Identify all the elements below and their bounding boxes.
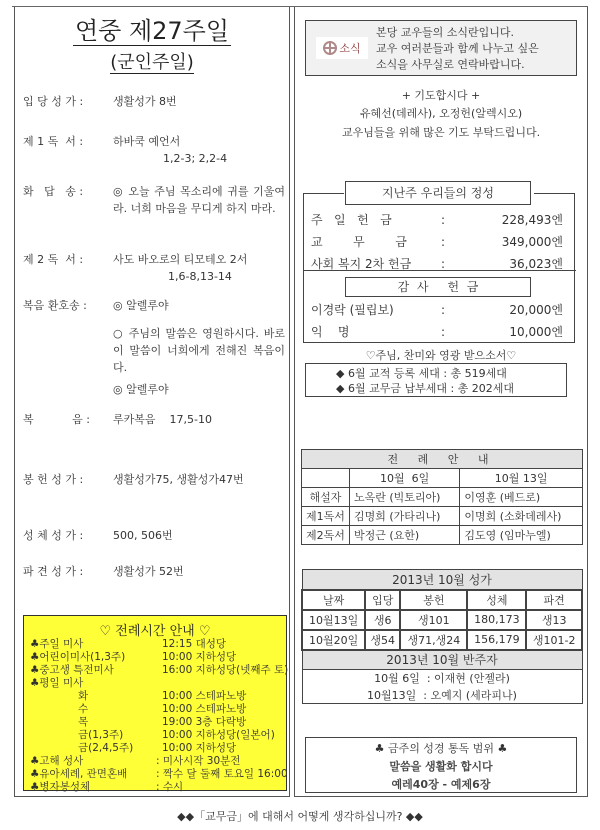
first-reading-label: 제 1 독 서 : bbox=[23, 133, 113, 150]
entrance-hymn-label: 입 당 성 가 : bbox=[23, 93, 113, 110]
prayer-request: 교우님들을 위해 많은 기도 부탁드립니다. bbox=[295, 124, 587, 141]
news-icon: 소식 bbox=[316, 37, 368, 59]
hymns-cell: 생101 bbox=[400, 610, 467, 630]
offertory-hymn-label: 봉 헌 성 가 : bbox=[23, 471, 113, 488]
liturgy-cell: 김도영 (임마누엘) bbox=[460, 526, 583, 545]
hymns-header: 파견 bbox=[526, 590, 582, 610]
left-column: 연중 제27주일 (군인주일) 입 당 성 가 : 생활성가 8번 제 1 독 … bbox=[14, 7, 290, 797]
liturgy-date: 10월 13일 bbox=[460, 469, 583, 488]
liturgy-cell: 김명희 (가타리나) bbox=[350, 507, 460, 526]
offertory-hymn-value: 생활성가75, 생활성가47번 bbox=[113, 471, 285, 488]
mass-times-title: ♡ 전례시간 안내 ♡ bbox=[24, 620, 286, 639]
first-reading-value: 하바쿡 예언서 1,2-3; 2,2-4 bbox=[113, 133, 285, 167]
footer-question: ◆◆「교무금」에 대해서 어떻게 생각하십니까? ◆◆ bbox=[0, 808, 600, 824]
organist-title: 2013년 10월 반주자 bbox=[302, 650, 582, 670]
communion-hymn-label: 성 체 성 가 : bbox=[23, 527, 113, 544]
second-reading-label: 제 2 독 서 : bbox=[23, 251, 113, 268]
bible-reading-box: ♣ 금주의 성경 통독 범위 ♣ 말씀을 생활화 합시다 예레40장 - 예제6… bbox=[305, 737, 577, 793]
liturgy-table: 전 례 안 내 10월 6일 10월 13일 해설자 노옥란 (빅토리아) 이영… bbox=[301, 449, 583, 545]
blessing-text: ♡주님, 찬미와 영광 받으소서♡ bbox=[295, 347, 587, 363]
first-reading: 제 1 독 서 : 하바쿡 예언서 1,2-3; 2,2-4 bbox=[23, 133, 285, 167]
news-box: 소식 본당 교우들의 소식란입니다. 교우 여러분들과 함께 나누고 싶은 소식… bbox=[305, 20, 577, 76]
second-reading-value: 사도 바오로의 티모테오 2서 1,6-8,13-14 bbox=[113, 251, 285, 285]
prayer-names: 유혜선(데레사), 오정헌(알렉시오) bbox=[295, 105, 587, 122]
right-column: 소식 본당 교우들의 소식란입니다. 교우 여러분들과 함께 나누고 싶은 소식… bbox=[294, 7, 588, 797]
liturgy-date: 10월 6일 bbox=[350, 469, 460, 488]
organist-row: 10월 6일 : 이재현 (안젤라) bbox=[302, 670, 582, 687]
liturgy-role: 제2독서 bbox=[302, 526, 350, 545]
hymns-cell: 생13 bbox=[526, 610, 582, 630]
bible-reading-slogan: 말씀을 생활화 합시다 bbox=[306, 758, 576, 776]
mass-times-box: ♡ 전례시간 안내 ♡ ♣주일 미사12:15 대성당 ♣어린이미사(1,3주)… bbox=[23, 615, 287, 791]
recessional-hymn-value: 생활성가 52번 bbox=[113, 563, 285, 580]
hymns-header: 입당 bbox=[365, 590, 400, 610]
offerings-title: 지난주 우리들의 정성 bbox=[345, 181, 531, 205]
census-line: ◆ 6월 교무금 납부세대 : 총 202세대 bbox=[336, 381, 566, 396]
liturgy-role: 제1독서 bbox=[302, 507, 350, 526]
liturgy-title: 전 례 안 내 bbox=[302, 450, 583, 469]
liturgy-cell: 이영훈 (베드로) bbox=[460, 488, 583, 507]
communion-hymn-value: 500, 506번 bbox=[113, 527, 285, 544]
news-text: 본당 교우들의 소식란입니다. 교우 여러분들과 함께 나누고 싶은 소식을 사… bbox=[376, 25, 576, 73]
hymns-cell: 생54 bbox=[365, 630, 400, 650]
cross-icon bbox=[323, 41, 337, 55]
gospel-acclamation-value: ◎ 알렐루야 bbox=[113, 297, 285, 314]
hymns-header: 봉헌 bbox=[400, 590, 467, 610]
recessional-hymn-label: 파 견 성 가 : bbox=[23, 563, 113, 580]
thanks-offering-title: 감 사 헌 금 bbox=[345, 277, 531, 297]
hymns-cell: 10월13일 bbox=[302, 610, 365, 630]
hymns-cell: 생6 bbox=[365, 610, 400, 630]
first-reading-ref: 1,2-3; 2,2-4 bbox=[113, 150, 285, 167]
second-reading-ref: 1,6-8,13-14 bbox=[113, 268, 285, 285]
gospel-label: 복 음 : bbox=[23, 411, 113, 428]
hymns-cell: 10월20일 bbox=[302, 630, 365, 650]
liturgy-cell: 박정근 (요한) bbox=[350, 526, 460, 545]
hymns-cell: 생101-2 bbox=[526, 630, 582, 650]
liturgy-role: 해설자 bbox=[302, 488, 350, 507]
liturgy-cell: 노옥란 (빅토리아) bbox=[350, 488, 460, 507]
hymns-cell: 180,173 bbox=[467, 610, 526, 630]
page-title: 연중 제27주일 bbox=[15, 17, 289, 45]
hymns-cell: 생71,생24 bbox=[400, 630, 467, 650]
census-line: ◆ 6월 교적 등록 세대 : 총 519세대 bbox=[336, 366, 566, 381]
psalm-label: 화 답 송 : bbox=[23, 183, 113, 200]
bulletin-page: 연중 제27주일 (군인주일) 입 당 성 가 : 생활성가 8번 제 1 독 … bbox=[12, 6, 588, 796]
hymns-header: 성체 bbox=[467, 590, 526, 610]
organist-row: 10월13일 : 오예지 (세라피나) bbox=[302, 687, 582, 704]
liturgy-cell: 이명희 (소화데레사) bbox=[460, 507, 583, 526]
census-box: ◆ 6월 교적 등록 세대 : 총 519세대 ◆ 6월 교무금 납부세대 : … bbox=[305, 363, 567, 397]
gospel-value: 루카복음 17,5-10 bbox=[113, 411, 285, 428]
bible-reading-title: ♣ 금주의 성경 통독 범위 ♣ bbox=[306, 740, 576, 758]
hymns-table: 2013년 10월 성가 날짜 입당 봉헌 성체 파견 10월13일 생6 생1… bbox=[301, 569, 583, 704]
entrance-hymn-value: 생활성가 8번 bbox=[113, 93, 285, 110]
hymns-cell: 156,179 bbox=[467, 630, 526, 650]
psalm-value: ◎ 오늘 주님 목소리에 귀를 기울여라. 너희 마음을 무디게 하지 마라. bbox=[113, 183, 285, 217]
hymns-header: 날짜 bbox=[302, 590, 365, 610]
gospel-acclamation-label: 복음 환호송 : bbox=[23, 297, 113, 314]
prayer-title: + 기도합시다 + bbox=[295, 87, 587, 104]
hymns-title: 2013년 10월 성가 bbox=[302, 570, 582, 590]
page-subtitle: (군인주일) bbox=[15, 51, 289, 75]
bible-reading-range: 예레40장 - 예제6장 bbox=[306, 776, 576, 794]
